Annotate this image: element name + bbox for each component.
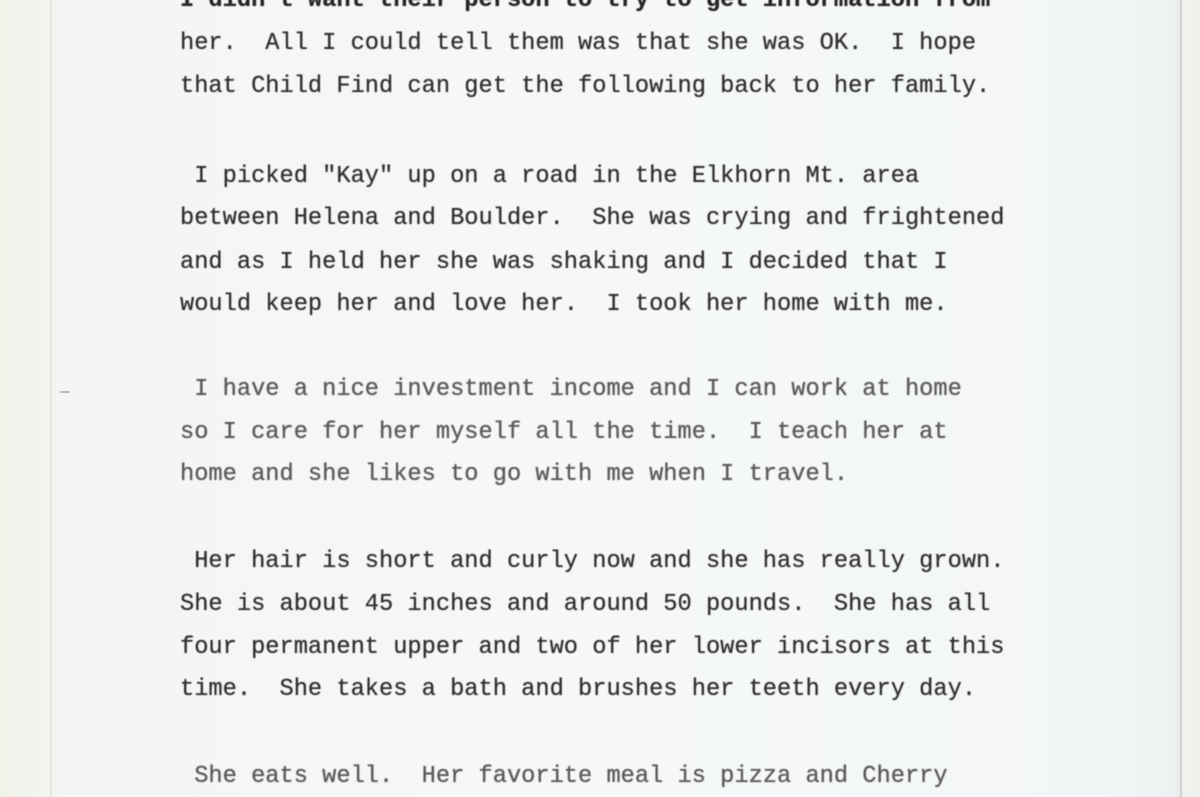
page-edge-left xyxy=(50,0,52,797)
page-edge-right xyxy=(1180,0,1182,797)
letter-line: I picked "Kay" up on a road in the Elkho… xyxy=(180,162,919,192)
letter-line: between Helena and Boulder. She was cryi… xyxy=(180,204,1004,234)
letter-line: I didn't want their person to try to get… xyxy=(180,0,990,16)
margin-mark xyxy=(60,391,70,393)
document-viewport: I didn't want their person to try to get… xyxy=(0,0,1200,797)
letter-line: time. She takes a bath and brushes her t… xyxy=(180,675,976,705)
letter-line: home and she likes to go with me when I … xyxy=(180,460,848,490)
letter-line: her. All I could tell them was that she … xyxy=(180,29,976,59)
letter-line: Her hair is short and curly now and she … xyxy=(180,547,1004,577)
letter-line: so I care for her myself all the time. I… xyxy=(180,418,948,448)
letter-line: would keep her and love her. I took her … xyxy=(180,290,948,320)
typewritten-letter: I didn't want their person to try to get… xyxy=(180,0,237,702)
letter-line: and as I held her she was shaking and I … xyxy=(180,248,948,278)
letter-line: that Child Find can get the following ba… xyxy=(180,72,990,102)
letter-line: I have a nice investment income and I ca… xyxy=(180,375,962,405)
letter-line: She eats well. Her favorite meal is pizz… xyxy=(180,762,948,792)
letter-line: four permanent upper and two of her lowe… xyxy=(180,633,1004,663)
letter-line: She is about 45 inches and around 50 pou… xyxy=(180,590,990,620)
